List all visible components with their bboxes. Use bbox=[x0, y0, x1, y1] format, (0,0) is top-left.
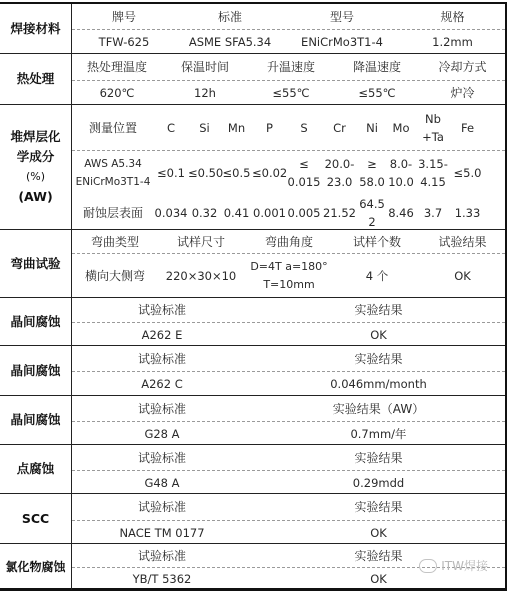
header-cell: 升温速度 bbox=[248, 58, 334, 76]
header-cell: 试验标准 bbox=[72, 350, 252, 368]
header-cell: 试样个数 bbox=[334, 233, 420, 251]
spec-row: AWS A5.34 ENiCrMo3T1-4 ≤0.1 ≤0.50 ≤0.5 ≤… bbox=[72, 151, 505, 195]
header-cell: 试验标准 bbox=[72, 498, 252, 516]
header-row: 试验标准 实验结果（AW） bbox=[72, 396, 505, 422]
value-cell: 1.2mm bbox=[400, 33, 505, 51]
value-cell: 0.41 bbox=[221, 204, 252, 222]
header-cell: 实验结果 bbox=[252, 498, 505, 516]
value-cell: 炉冷 bbox=[420, 84, 505, 102]
value-cell: ENiCrMo3T1-4 bbox=[284, 33, 400, 51]
header-row: 测量位置 C Si Mn P S Cr Ni Mo Nb +Ta Fe bbox=[72, 105, 505, 151]
header-cell: Nb +Ta bbox=[416, 110, 450, 146]
row-test: 晶间腐蚀 试验标准 实验结果（AW） G28 A 0.7mm/年 bbox=[0, 396, 505, 445]
header-row: 试验标准 实验结果 bbox=[72, 494, 505, 521]
value-cell: 620℃ bbox=[72, 84, 162, 102]
label-line: (AW) bbox=[18, 187, 52, 207]
header-cell: 测量位置 bbox=[72, 119, 154, 137]
value-cell: 4 个 bbox=[334, 267, 420, 285]
header-cell: Mo bbox=[386, 119, 416, 137]
label-line: 学成分 bbox=[17, 147, 55, 167]
value-cell: 220×30×10 bbox=[158, 267, 244, 285]
header-row: 弯曲类型 试样尺寸 弯曲角度 试样个数 试验结果 bbox=[72, 230, 505, 254]
header-cell: 试验标准 bbox=[72, 400, 252, 418]
value-cell: ≥ 58.0 bbox=[358, 155, 386, 191]
header-cell: 规格 bbox=[400, 8, 505, 26]
value-cell: A262 E bbox=[72, 326, 252, 344]
header-row: 牌号 标准 型号 规格 bbox=[72, 4, 505, 30]
header-row: 试验标准 实验结果 bbox=[72, 445, 505, 471]
position-cell: AWS A5.34 ENiCrMo3T1-4 bbox=[72, 155, 154, 191]
row-test: SCC 试验标准 实验结果 NACE TM 0177 OK bbox=[0, 494, 505, 544]
value-cell: 0.29mdd bbox=[252, 474, 505, 492]
value-cell: ≤0.5 bbox=[221, 164, 252, 182]
row-bend-test: 弯曲试验 弯曲类型 试样尺寸 弯曲角度 试样个数 试验结果 横向大侧弯 220×… bbox=[0, 230, 505, 298]
header-cell: 实验结果 bbox=[252, 301, 505, 319]
header-cell: 型号 bbox=[284, 8, 400, 26]
header-cell: 牌号 bbox=[72, 8, 176, 26]
value-row: A262 E OK bbox=[72, 323, 505, 346]
row-label: 弯曲试验 bbox=[0, 230, 72, 297]
value-row: TFW-625 ASME SFA5.34 ENiCrMo3T1-4 1.2mm bbox=[72, 30, 505, 54]
header-cell: 保温时间 bbox=[162, 58, 248, 76]
header-cell: 试验标准 bbox=[72, 449, 252, 467]
header-cell: Cr bbox=[321, 119, 358, 137]
value-cell: NACE TM 0177 bbox=[72, 524, 252, 542]
header-cell: 弯曲角度 bbox=[244, 233, 334, 251]
value-cell: ≤ 0.015 bbox=[287, 155, 321, 191]
value-cell: 12h bbox=[162, 84, 248, 102]
header-cell: 实验结果 bbox=[252, 350, 505, 368]
header-cell: Fe bbox=[450, 119, 485, 137]
value-row: NACE TM 0177 OK bbox=[72, 521, 505, 544]
value-cell: 0.001 bbox=[252, 204, 287, 222]
watermark-text: ITW焊接 bbox=[441, 557, 488, 574]
row-chemistry: 堆焊层化 学成分 (%) (AW) 测量位置 C Si Mn P S Cr Ni… bbox=[0, 105, 505, 230]
row-label: 热处理 bbox=[0, 54, 72, 104]
measured-row: 耐蚀层表面 0.034 0.32 0.41 0.001 0.005 21.52 … bbox=[72, 195, 505, 230]
welding-data-table: 焊接材料 牌号 标准 型号 规格 TFW-625 ASME SFA5.34 EN… bbox=[0, 2, 507, 591]
header-cell: 试验标准 bbox=[72, 547, 252, 565]
row-heat-treatment: 热处理 热处理温度 保温时间 升温速度 降温速度 冷却方式 620℃ 12h ≤… bbox=[0, 54, 505, 105]
value-cell: 0.32 bbox=[188, 204, 221, 222]
header-cell: 标准 bbox=[176, 8, 284, 26]
row-label: 晶间腐蚀 bbox=[0, 346, 72, 395]
value-cell: D=4T a=180° T=10mm bbox=[244, 258, 334, 294]
row-test: 点腐蚀 试验标准 实验结果 G48 A 0.29mdd bbox=[0, 445, 505, 494]
value-cell: 8.0- 10.0 bbox=[386, 155, 416, 191]
header-cell: 试验标准 bbox=[72, 301, 252, 319]
position-cell: 耐蚀层表面 bbox=[72, 204, 154, 222]
value-row: G48 A 0.29mdd bbox=[72, 471, 505, 494]
header-cell: S bbox=[287, 119, 321, 137]
value-row: 620℃ 12h ≤55℃ ≤55℃ 炉冷 bbox=[72, 81, 505, 105]
value-cell: 8.46 bbox=[386, 204, 416, 222]
header-cell: 实验结果（AW） bbox=[252, 400, 505, 418]
header-cell: 试验结果 bbox=[420, 233, 505, 251]
value-cell: 20.0- 23.0 bbox=[321, 155, 358, 191]
value-cell: OK bbox=[252, 326, 505, 344]
label-line: (%) bbox=[26, 167, 45, 187]
row-label: 堆焊层化 学成分 (%) (AW) bbox=[0, 105, 72, 229]
value-row: 横向大侧弯 220×30×10 D=4T a=180° T=10mm 4 个 O… bbox=[72, 254, 505, 298]
value-cell: 0.034 bbox=[154, 204, 188, 222]
value-cell: 3.7 bbox=[416, 204, 450, 222]
value-cell: ≤0.50 bbox=[188, 164, 221, 182]
value-cell: 1.33 bbox=[450, 204, 485, 222]
value-cell: A262 C bbox=[72, 375, 252, 393]
row-test: 晶间腐蚀 试验标准 实验结果 A262 C 0.046mm/month bbox=[0, 346, 505, 396]
label-line: 堆焊层化 bbox=[10, 127, 60, 147]
value-cell: G48 A bbox=[72, 474, 252, 492]
header-row: 热处理温度 保温时间 升温速度 降温速度 冷却方式 bbox=[72, 54, 505, 81]
header-cell: 实验结果 bbox=[252, 449, 505, 467]
value-cell: ≤5.0 bbox=[450, 164, 485, 182]
value-cell: OK bbox=[252, 524, 505, 542]
value-cell: G28 A bbox=[72, 425, 252, 443]
header-cell: C bbox=[154, 119, 188, 137]
row-label: 点腐蚀 bbox=[0, 445, 72, 493]
value-cell: TFW-625 bbox=[72, 33, 176, 51]
header-cell: Ni bbox=[358, 119, 386, 137]
header-row: 试验标准 实验结果 bbox=[72, 346, 505, 372]
value-cell: 21.52 bbox=[321, 204, 358, 222]
value-cell: 64.5 2 bbox=[358, 195, 386, 231]
header-cell: P bbox=[252, 119, 287, 137]
row-label: SCC bbox=[0, 494, 72, 543]
value-cell: ≤0.02 bbox=[252, 164, 287, 182]
header-row: 试验标准 实验结果 bbox=[72, 298, 505, 323]
header-cell: 冷却方式 bbox=[420, 58, 505, 76]
row-label: 焊接材料 bbox=[0, 4, 72, 53]
value-cell: OK bbox=[420, 267, 505, 285]
header-cell: 降温速度 bbox=[334, 58, 420, 76]
header-cell: 弯曲类型 bbox=[72, 233, 158, 251]
header-cell: Si bbox=[188, 119, 221, 137]
wechat-icon bbox=[419, 559, 437, 573]
value-cell: 0.046mm/month bbox=[252, 375, 505, 393]
value-cell: ≤0.1 bbox=[154, 164, 188, 182]
value-cell: 横向大侧弯 bbox=[72, 267, 158, 285]
value-row: G28 A 0.7mm/年 bbox=[72, 422, 505, 445]
row-test: 晶间腐蚀 试验标准 实验结果 A262 E OK bbox=[0, 298, 505, 346]
value-cell: ≤55℃ bbox=[334, 84, 420, 102]
value-cell: YB/T 5362 bbox=[72, 570, 252, 588]
row-label: 晶间腐蚀 bbox=[0, 396, 72, 444]
value-cell: ≤55℃ bbox=[248, 84, 334, 102]
value-cell: 0.005 bbox=[287, 204, 321, 222]
value-cell: 0.7mm/年 bbox=[252, 425, 505, 443]
header-cell: 试样尺寸 bbox=[158, 233, 244, 251]
header-cell: Mn bbox=[221, 119, 252, 137]
value-cell: ASME SFA5.34 bbox=[176, 33, 284, 51]
value-cell: 3.15- 4.15 bbox=[416, 155, 450, 191]
row-label: 氯化物腐蚀 bbox=[0, 544, 72, 590]
value-row: A262 C 0.046mm/month bbox=[72, 372, 505, 396]
row-label: 晶间腐蚀 bbox=[0, 298, 72, 345]
header-cell: 热处理温度 bbox=[72, 58, 162, 76]
row-material: 焊接材料 牌号 标准 型号 规格 TFW-625 ASME SFA5.34 EN… bbox=[0, 4, 505, 54]
watermark: ITW焊接 bbox=[419, 557, 488, 574]
